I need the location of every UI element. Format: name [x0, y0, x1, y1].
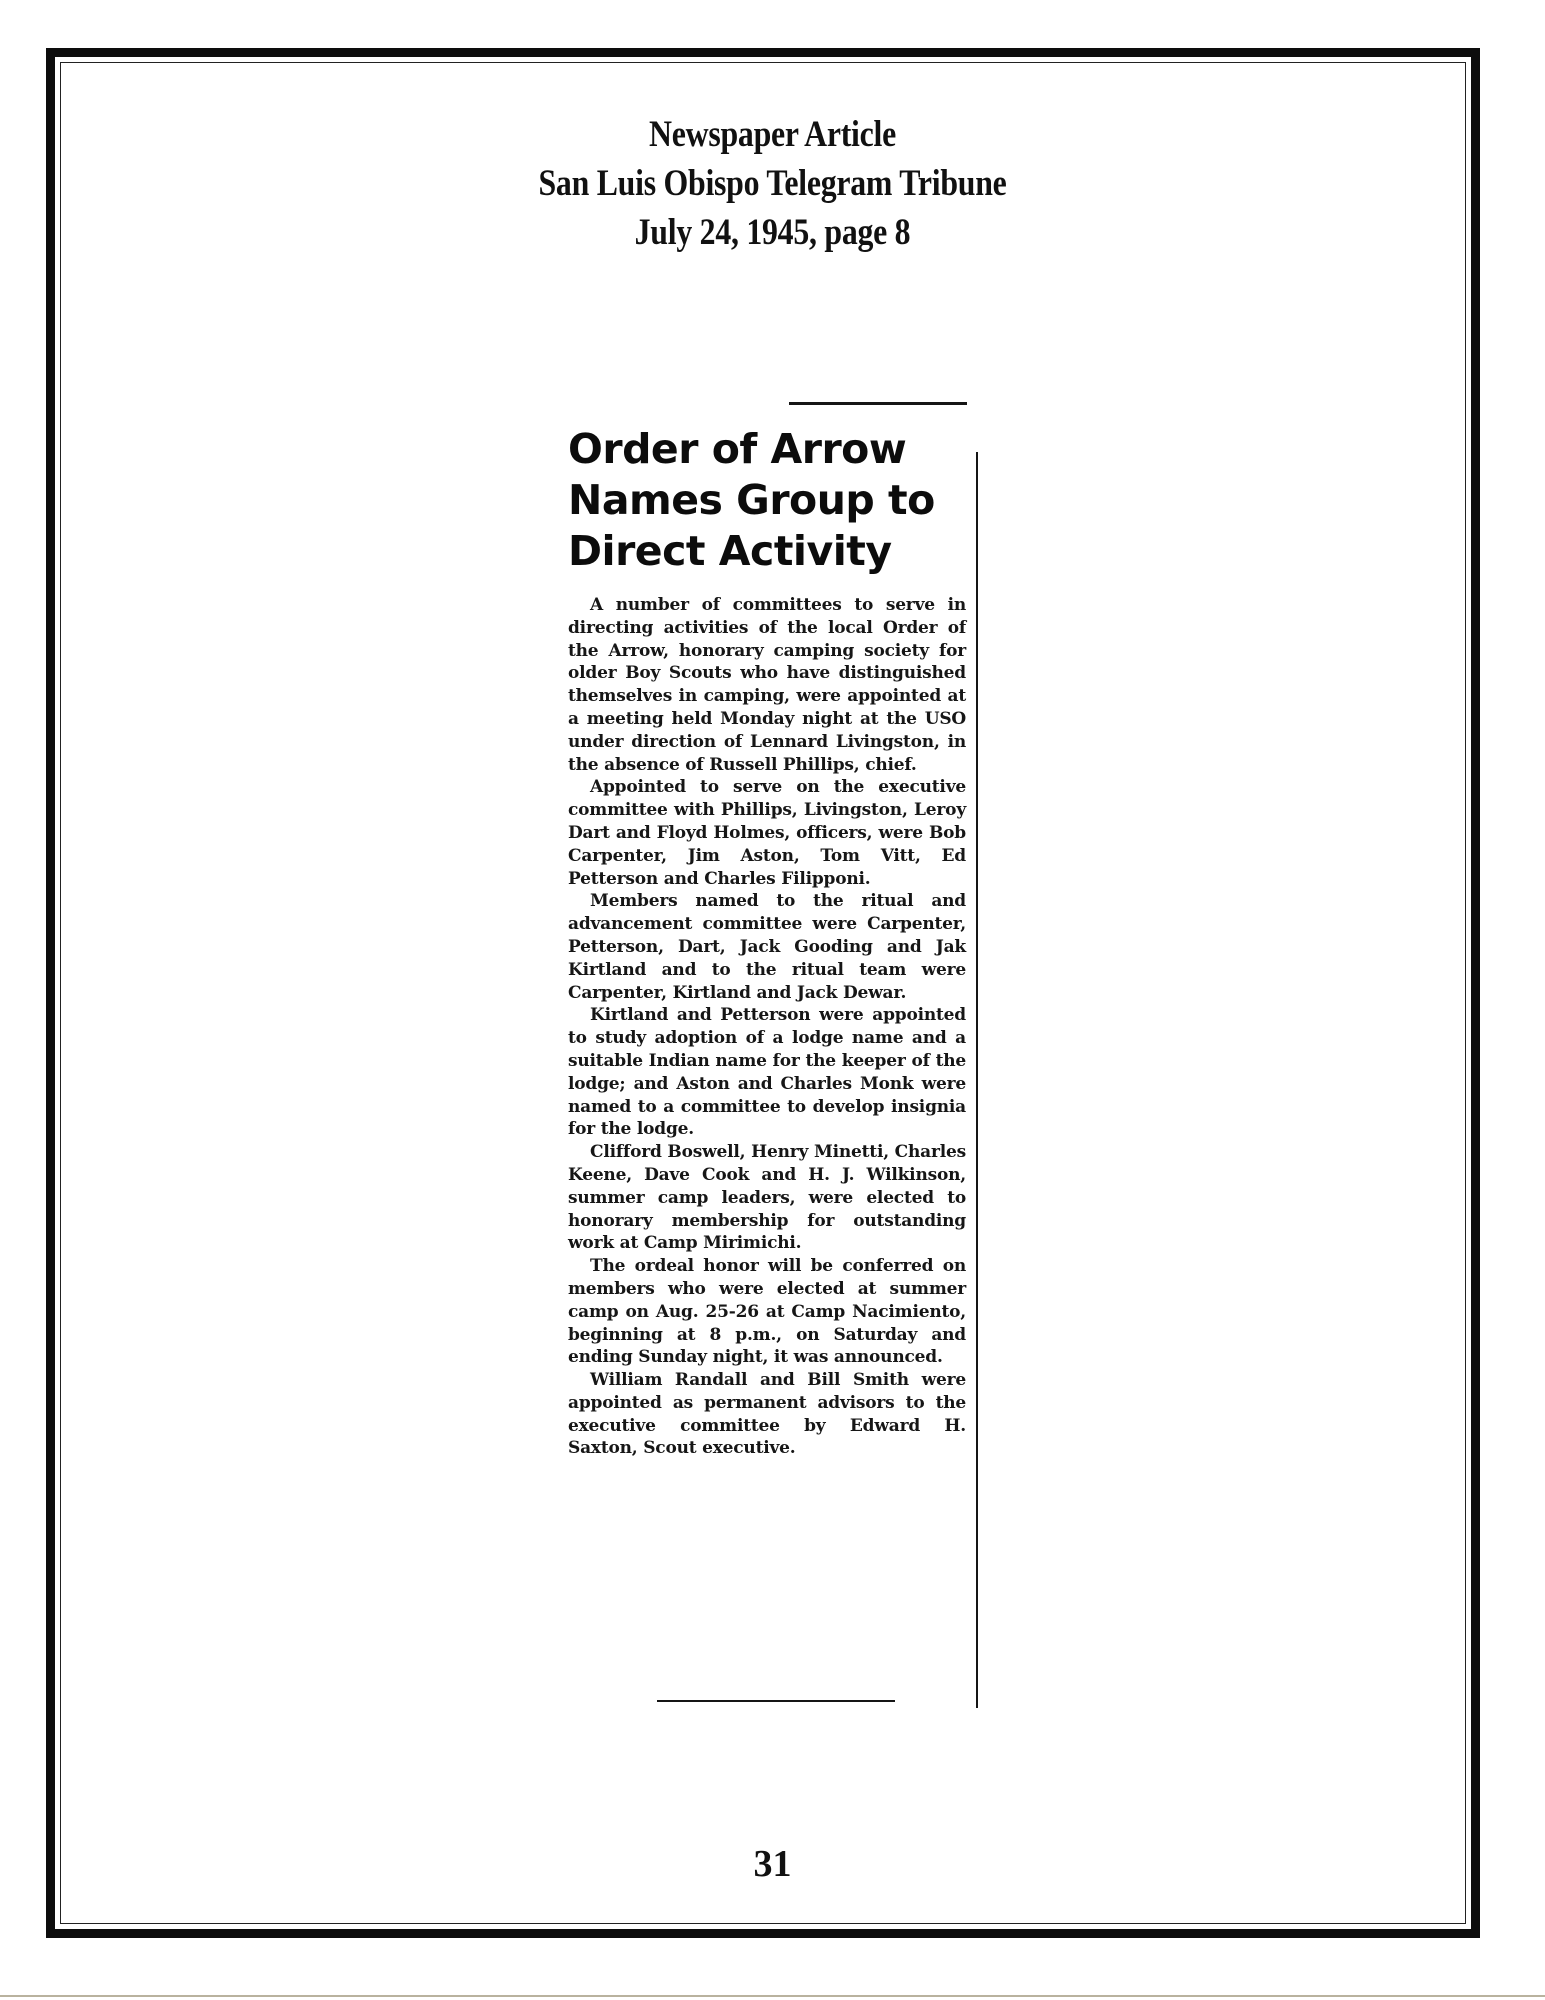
article-paragraph: Appointed to serve on the ex­ecutive com… — [568, 776, 966, 890]
header-title: Newspaper Article — [108, 110, 1437, 159]
article-paragraph: Members named to the ritual and advancem… — [568, 890, 966, 1004]
article-headline: Order of Arrow Names Group to Direct Act… — [568, 424, 988, 577]
page-header: Newspaper Article San Luis Obispo Telegr… — [0, 110, 1545, 257]
headline-line-2: Names Group to — [568, 475, 988, 526]
page-number: 31 — [0, 1842, 1545, 1886]
page-edge — [0, 1995, 1545, 1997]
article-paragraph: Kirtland and Petterson were appointed to… — [568, 1004, 966, 1141]
bottom-rule — [657, 1700, 895, 1702]
header-publication: San Luis Obispo Telegram Tribune — [108, 159, 1437, 208]
article-body: A number of committees to serve in direc… — [568, 594, 966, 1460]
top-rule — [789, 402, 967, 405]
article-paragraph: A number of committees to serve in direc… — [568, 594, 966, 776]
article-paragraph: Clifford Boswell, Henry Minet­ti, Charle… — [568, 1141, 966, 1255]
article-paragraph: The ordeal honor will be con­ferred on m… — [568, 1255, 966, 1369]
headline-line-3: Direct Activity — [568, 526, 988, 577]
column-rule — [976, 452, 978, 1708]
header-date: July 24, 1945, page 8 — [108, 208, 1437, 257]
article-paragraph: William Randall and Bill Smith were appo… — [568, 1369, 966, 1460]
headline-line-1: Order of Arrow — [568, 424, 988, 475]
